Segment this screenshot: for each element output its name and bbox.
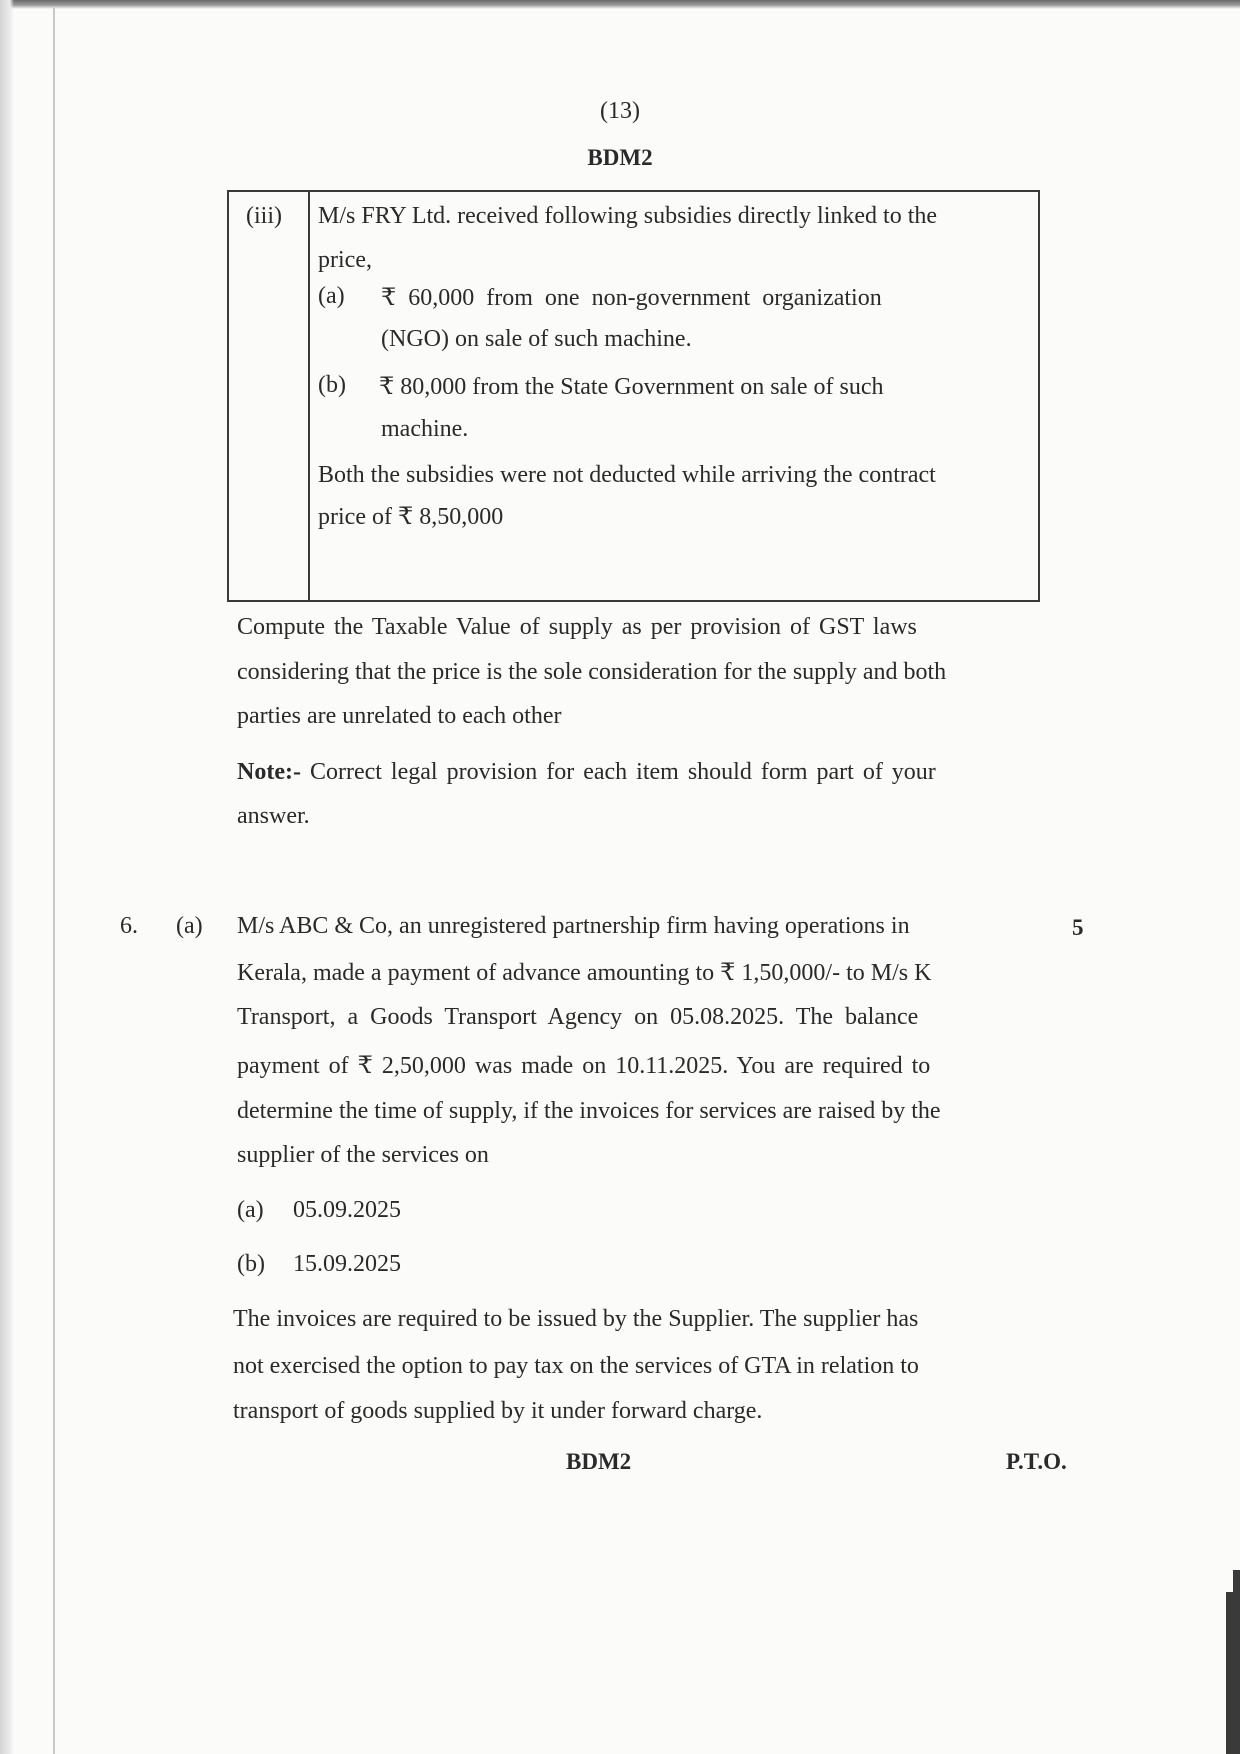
table-closing-line-2: price of ₹ 8,50,000 bbox=[318, 502, 503, 531]
subsidy-a-line-2: (NGO) on sale of such machine. bbox=[381, 326, 692, 353]
q6-line-5: determine the time of supply, if the inv… bbox=[237, 1098, 941, 1125]
table-intro-line-1: M/s FRY Ltd. received following subsidie… bbox=[318, 203, 1028, 230]
note-line-1: Note:- Correct legal provision for each … bbox=[237, 759, 936, 786]
instruction-line-2: considering that the price is the sole c… bbox=[237, 659, 946, 686]
q6-line-4: payment of ₹ 2,50,000 was made on 10.11.… bbox=[237, 1051, 930, 1080]
note-label: Note:- bbox=[237, 759, 301, 785]
question-part: (a) bbox=[176, 913, 203, 940]
please-turn-over: P.T.O. bbox=[1006, 1449, 1067, 1475]
paper-code-header: BDM2 bbox=[0, 145, 1240, 171]
scan-top-edge bbox=[0, 0, 1240, 9]
note-text: Correct legal provision for each item sh… bbox=[310, 759, 936, 785]
scan-right-edge-top bbox=[1233, 1570, 1240, 1600]
option-a-date: 05.09.2025 bbox=[293, 1197, 401, 1224]
table-column-divider bbox=[308, 192, 310, 600]
question-marks: 5 bbox=[1072, 915, 1084, 941]
scan-margin-line bbox=[53, 8, 55, 1754]
q6-closing-line-1: The invoices are required to be issued b… bbox=[233, 1306, 918, 1333]
q6-closing-line-3: transport of goods supplied by it under … bbox=[233, 1398, 762, 1425]
option-a-label: (a) bbox=[237, 1197, 264, 1224]
q6-line-2: Kerala, made a payment of advance amount… bbox=[237, 958, 931, 987]
table-closing-line-1: Both the subsidies were not deducted whi… bbox=[318, 462, 936, 489]
q6-line-3: Transport, a Goods Transport Agency on 0… bbox=[237, 1004, 918, 1031]
option-b-label: (b) bbox=[237, 1251, 265, 1278]
subsidy-b-line-1: ₹ 80,000 from the State Government on sa… bbox=[379, 372, 884, 401]
q6-closing-line-2: not exercised the option to pay tax on t… bbox=[233, 1353, 919, 1380]
scan-right-edge bbox=[1226, 1592, 1240, 1754]
table-intro-line-2: price, bbox=[318, 247, 372, 274]
question-table: (iii) M/s FRY Ltd. received following su… bbox=[227, 190, 1040, 602]
option-b-date: 15.09.2025 bbox=[293, 1251, 401, 1278]
subsidy-a-label: (a) bbox=[318, 283, 345, 310]
subsidy-b-line-2: machine. bbox=[381, 416, 468, 443]
instruction-line-3: parties are unrelated to each other bbox=[237, 703, 562, 730]
page-number: (13) bbox=[0, 98, 1240, 125]
table-intro-text-1: M/s FRY Ltd. received following subsidie… bbox=[318, 203, 937, 230]
note-line-2: answer. bbox=[237, 803, 310, 830]
subsidy-b-label: (b) bbox=[318, 372, 346, 399]
scan-left-shadow bbox=[0, 0, 14, 1754]
q6-line-6: supplier of the services on bbox=[237, 1142, 489, 1169]
item-label: (iii) bbox=[246, 203, 282, 230]
paper-code-footer: BDM2 bbox=[566, 1449, 631, 1475]
instruction-line-1: Compute the Taxable Value of supply as p… bbox=[237, 614, 917, 641]
question-number: 6. bbox=[120, 913, 138, 940]
q6-line-1: M/s ABC & Co, an unregistered partnershi… bbox=[237, 913, 910, 940]
subsidy-a-line-1: ₹ 60,000 from one non-government organiz… bbox=[381, 283, 882, 312]
